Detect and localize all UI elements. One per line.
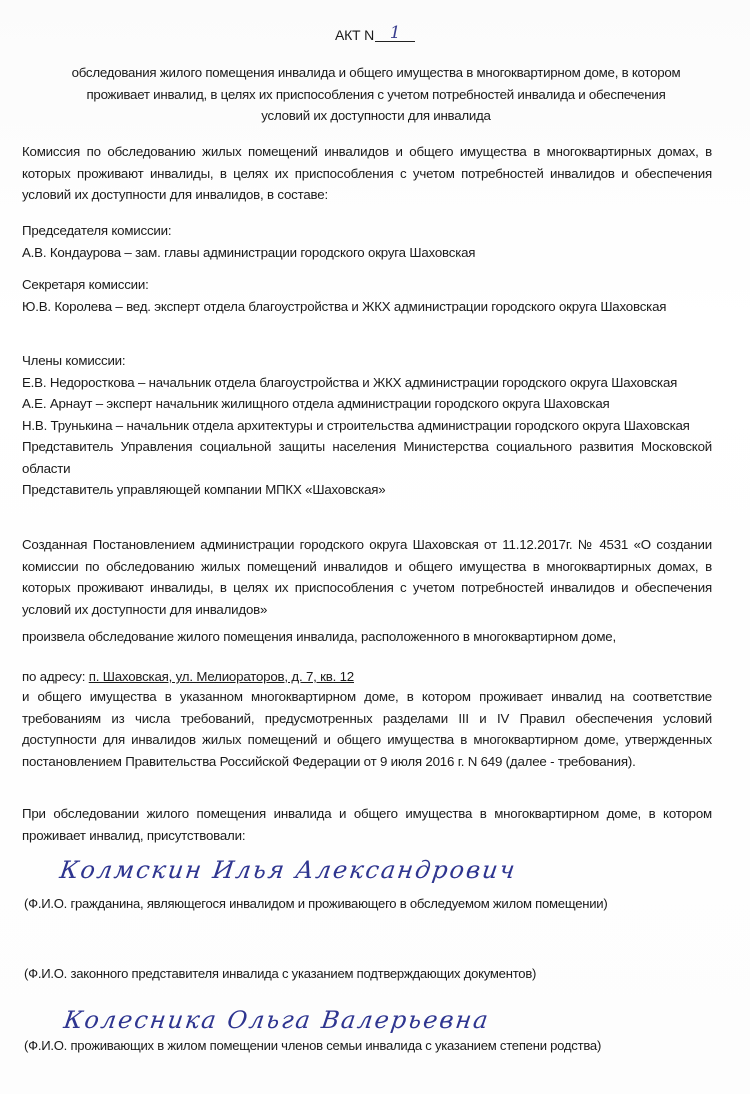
subtitle-line: проживает инвалид, в целях их приспособл… [20, 84, 732, 106]
requirements-paragraph: и общего имущества в указанном многоквар… [22, 686, 712, 772]
title-prefix: АКТ N [335, 27, 374, 43]
family-members-caption: (Ф.И.О. проживающих в жилом помещении чл… [24, 1038, 601, 1053]
secretary-value: Ю.В. Королева – вед. эксперт отдела благ… [22, 296, 712, 318]
handwritten-disabled-person-name: Колмскин Илья Александрович [58, 856, 519, 884]
member-item: Н.В. Трунькина – начальник отдела архите… [22, 415, 712, 437]
member-item: Представитель управляющей компании МПКХ … [22, 479, 712, 501]
inspection-statement: произвела обследование жилого помещения … [22, 626, 712, 648]
document-subtitle: обследования жилого помещения инвалида и… [20, 62, 732, 127]
members-label: Члены комиссии: [22, 350, 712, 372]
handwritten-family-members: Колесника Ольга Валерьевна [62, 1006, 492, 1034]
chairman-section: Председателя комиссии: А.В. Кондаурова –… [22, 220, 712, 263]
subtitle-line: условий их доступности для инвалида [20, 105, 732, 127]
document-title: АКТ N1 [0, 27, 750, 44]
resolution-paragraph: Созданная Постановлением администрации г… [22, 534, 712, 620]
document-page: АКТ N1 обследования жилого помещения инв… [0, 0, 750, 1094]
secretary-section: Секретаря комиссии: Ю.В. Королева – вед.… [22, 274, 712, 317]
chairman-value: А.В. Кондаурова – зам. главы администрац… [22, 242, 712, 264]
subtitle-line: обследования жилого помещения инвалида и… [20, 62, 732, 84]
chairman-label: Председателя комиссии: [22, 220, 712, 242]
member-item: Представитель Управления социальной защи… [22, 436, 712, 479]
members-section: Члены комиссии: Е.В. Недоросткова – нача… [22, 350, 712, 501]
address-label: по адресу: [22, 669, 89, 684]
member-item: А.Е. Арнаут – эксперт начальник жилищног… [22, 393, 712, 415]
present-intro: При обследовании жилого помещения инвали… [22, 803, 712, 846]
address-value: п. Шаховская, ул. Мелиораторов, д. 7, кв… [89, 669, 354, 684]
secretary-label: Секретаря комиссии: [22, 274, 712, 296]
disabled-person-caption: (Ф.И.О. гражданина, являющегося инвалидо… [24, 896, 607, 911]
legal-representative-caption: (Ф.И.О. законного представителя инвалида… [24, 966, 536, 981]
act-number-field: 1 [375, 26, 415, 42]
member-item: Е.В. Недоросткова – начальник отдела бла… [22, 372, 712, 394]
commission-intro: Комиссия по обследованию жилых помещений… [22, 141, 712, 206]
address-line: по адресу: п. Шаховская, ул. Мелиораторо… [22, 666, 712, 688]
